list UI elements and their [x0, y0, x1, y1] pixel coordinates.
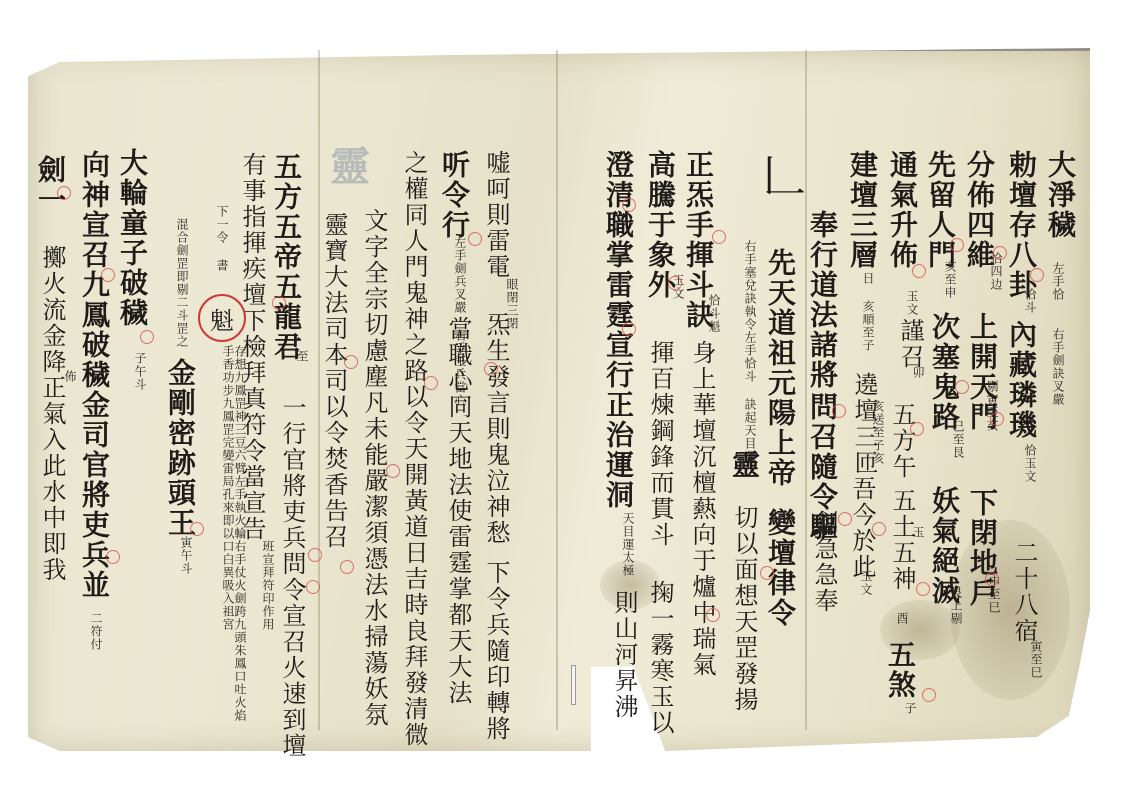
text-column: 下令兵隨印轉將 — [484, 560, 508, 742]
red-circle-mark — [950, 238, 964, 252]
red-seal-mark: 魁 — [198, 294, 246, 342]
annotation: 玉文 — [906, 290, 918, 316]
annotation: 班宣拜符印作用 — [262, 540, 274, 631]
red-circle-mark — [922, 688, 936, 702]
red-circle-mark — [340, 560, 354, 574]
text-column: 吾今於此 — [850, 476, 874, 580]
text-column: 先天道祖元陽上帝 — [766, 248, 794, 488]
text-column: 劍急急奉 — [812, 510, 836, 614]
text-column: 金剛密跡頭王 — [166, 358, 194, 538]
red-circle-mark — [668, 276, 682, 290]
red-circle-mark — [760, 566, 774, 580]
text-column: 五煞 — [886, 640, 914, 700]
text-column: 听令行 — [440, 150, 468, 240]
red-circle-mark — [706, 608, 720, 622]
annotation: 恰斗 — [1024, 288, 1036, 314]
red-circle-mark — [955, 380, 969, 394]
text-column: 靈 — [730, 450, 758, 480]
red-circle-mark — [832, 404, 846, 418]
annotation: 艮上剔 — [950, 586, 962, 625]
talisman-swirl-icon: 𠃊 — [762, 140, 806, 204]
text-column: 身上華壇沉檀爇向于爐中瑞氣 — [690, 340, 714, 678]
annotation: 亥至申 — [944, 260, 956, 299]
red-circle-mark — [344, 355, 358, 369]
text-column: 文字全宗切慮塵凡未能嚴潔須憑法水掃蕩妖氛 — [362, 208, 386, 728]
annotation: 亥送至子亥 — [872, 400, 884, 465]
red-circle-mark — [140, 330, 154, 344]
text-column: 謹召 — [898, 318, 922, 370]
red-circle-mark — [990, 412, 1004, 426]
red-circle-mark — [386, 464, 400, 478]
annotation: 寅午斗 — [180, 536, 192, 575]
text-column: 五方五帝五龍君 — [272, 152, 300, 362]
annotation: 子午斗 — [134, 352, 146, 391]
annotation: 存想九鳳罡神三豆六臂左手執火輪右手仗火劍跨九頭朱鳳口吐火焰手香功步九鳳罡完變雷局… — [222, 345, 246, 725]
red-circle-mark — [993, 246, 1007, 260]
text-column: 劍一 — [36, 155, 64, 215]
annotation: 佈 — [64, 370, 76, 383]
ghost-seal-mark: 靈 — [330, 135, 370, 192]
annotation: 酉 — [896, 612, 908, 625]
text-column: 炁生發言則鬼泣神愁 — [484, 312, 508, 546]
center-fold — [556, 50, 558, 730]
text-column: 通氣升佈 — [888, 150, 916, 270]
text-column: 一行官將吏兵問令宣召火速到壇 — [280, 395, 304, 759]
text-column: 之權同人門鬼神之路以令天開黃道日吉時良拜發清微 — [402, 150, 426, 748]
seal-character: 魁 — [210, 301, 234, 336]
red-circle-mark — [424, 376, 438, 390]
text-column: 大淨穢 — [1046, 150, 1074, 240]
text-column: 奉行道法諸將 — [808, 210, 836, 390]
text-column: 大輪童子破穢 — [118, 148, 146, 328]
annotation: 子 — [904, 702, 916, 715]
text-column: 掬一霧寒玉以 — [648, 580, 672, 736]
annotation: 日 亥順至子 — [862, 272, 874, 352]
red-circle-mark — [190, 522, 204, 536]
red-circle-mark — [622, 322, 636, 336]
text-column: 嘘呵則雷電 — [484, 150, 508, 280]
annotation: 玉 — [912, 526, 924, 539]
red-circle-mark — [838, 512, 852, 526]
red-circle-mark — [308, 548, 322, 562]
red-circle-mark — [101, 268, 115, 282]
staple-pin — [571, 665, 576, 705]
annotation: 左手恰 — [1052, 262, 1064, 301]
red-circle-mark — [306, 580, 320, 594]
text-column: 擲火流金降正氣入此水中即我 — [40, 245, 64, 583]
text-column: 先留人門 — [926, 150, 954, 270]
text-column: 當職心同天地法使雷霆掌都天大法 — [446, 316, 470, 706]
annotation: 下一令 書 — [216, 205, 228, 272]
text-column: 五方午 — [890, 402, 914, 480]
text-column: 切以面想天罡發揚 — [732, 505, 756, 713]
red-circle-mark — [985, 572, 999, 586]
text-column: 靈寶大法司本司以令焚香告召 — [322, 212, 346, 550]
red-circle-mark — [468, 232, 482, 246]
text-column: 次塞鬼路 — [930, 312, 958, 432]
annotation: 二符付 — [90, 612, 102, 651]
red-circle-mark — [916, 582, 930, 596]
text-column: 建壇三層 — [848, 150, 876, 270]
text-column: 二十八宿 — [1012, 540, 1036, 644]
text-column: 揮百煉鋼鋒而貫斗 — [648, 340, 672, 548]
annotation: 右手劍訣叉嚴 — [1052, 328, 1064, 406]
annotation: 巳至艮 — [952, 420, 964, 459]
red-circle-mark — [484, 362, 498, 376]
text-column: 內藏璘璣 — [1007, 320, 1035, 440]
text-column: 五神 — [890, 540, 914, 592]
annotation: 玉文 — [860, 570, 872, 596]
red-circle-mark — [106, 550, 120, 564]
red-circle-mark — [712, 230, 726, 244]
annotation: 寅至巳 — [1030, 640, 1042, 679]
annotation: 至 — [296, 350, 308, 363]
red-circle-mark — [272, 296, 286, 310]
text-column: 則山河昇沸 — [612, 590, 636, 720]
annotation: 天目運太極 — [622, 512, 634, 577]
red-circle-mark — [1030, 268, 1044, 282]
annotation: 右手塞兌訣執令左手恰斗 訣起天目運 — [744, 240, 756, 463]
red-circle-mark — [872, 522, 886, 536]
red-circle-mark — [622, 198, 636, 212]
annotation: 卯 — [912, 366, 924, 379]
red-circle-mark — [912, 264, 926, 278]
annotation: 混合劍罡即剔二斗罡之 — [176, 218, 188, 348]
annotation: 恰玉文 — [1024, 444, 1036, 483]
text-column: 向神宣召九鳳破穢金司官將吏兵並 — [80, 150, 108, 600]
red-circle-mark — [910, 422, 924, 436]
red-circle-mark — [57, 186, 71, 200]
annotation: 恰斗魁 — [708, 294, 720, 333]
